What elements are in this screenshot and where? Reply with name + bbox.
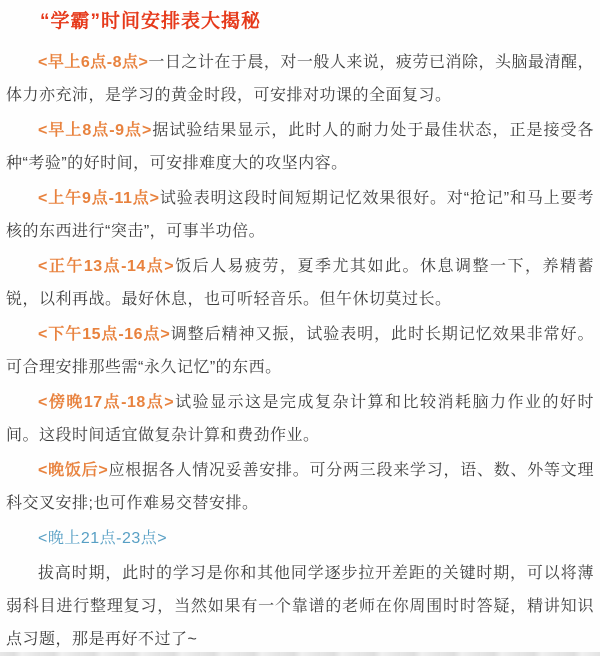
schedule-paragraph-morning-6-8: <早上6点-8点>一日之计在于晨，对一般人来说，疲劳已消除，头脑最清醒，体力亦充… [6,46,594,112]
time-label: <傍晚17点-18点> [38,394,174,411]
article-content: “学霸”时间安排表大揭秘 <早上6点-8点>一日之计在于晨，对一般人来说，疲劳已… [0,0,600,656]
schedule-paragraph-afternoon-15-16: <下午15点-16点>调整后精神又振，试验表明，此时长期记忆效果非常好。可合理安… [6,318,594,384]
time-label: <晚上21点-23点> [38,530,167,547]
schedule-paragraph-evening-17-18: <傍晚17点-18点>试验显示这是完成复杂计算和比较消耗脑力作业的好时间。这段时… [6,386,594,452]
cutoff-text-line [0,652,600,656]
time-label: <下午15点-16点> [38,326,170,343]
schedule-paragraph-night-21-23: <晚上21点-23点> [6,522,594,555]
time-label: <正午13点-14点> [38,258,174,275]
closing-paragraph: 拔高时期，此时的学习是你和其他同学逐步拉开差距的关键时期，可以将薄弱科目进行整理… [6,557,594,656]
article-page: “学霸”时间安排表大揭秘 <早上6点-8点>一日之计在于晨，对一般人来说，疲劳已… [0,0,600,656]
paragraph-text: 拔高时期，此时的学习是你和其他同学逐步拉开差距的关键时期，可以将薄弱科目进行整理… [6,565,594,648]
time-label: <上午9点-11点> [38,190,160,207]
schedule-paragraph-noon-13-14: <正午13点-14点>饭后人易疲劳，夏季尤其如此。休息调整一下，养精蓄锐，以利再… [6,250,594,316]
time-label: <晚饭后> [38,462,108,479]
time-label: <早上6点-8点> [38,54,148,71]
schedule-paragraph-morning-8-9: <早上8点-9点>据试验结果显示，此时人的耐力处于最佳状态，正是接受各种“考验”… [6,114,594,180]
time-label: <早上8点-9点> [38,122,152,139]
schedule-paragraph-forenoon-9-11: <上午9点-11点>试验表明这段时间短期记忆效果很好。对“抢记”和马上要考核的东… [6,182,594,248]
schedule-paragraph-after-dinner: <晚饭后>应根据各人情况妥善安排。可分两三段来学习，语、数、外等文理科交叉安排;… [6,454,594,520]
page-title: “学霸”时间安排表大揭秘 [6,8,594,36]
